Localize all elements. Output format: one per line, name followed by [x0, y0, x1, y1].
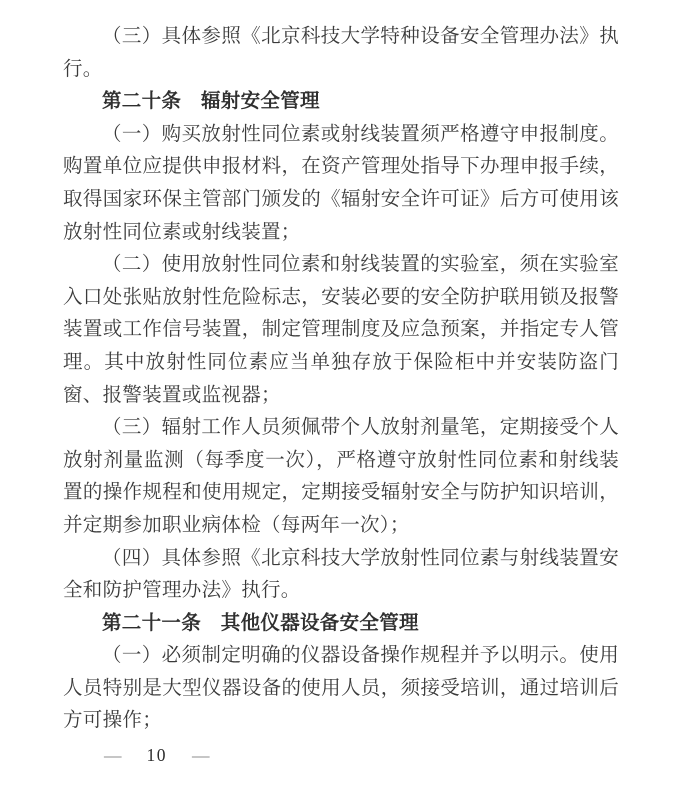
paragraph-radiation-item-3: （三）辐射工作人员须佩带个人放射剂量笔，定期接受个人放射剂量监测（每季度一次），…: [63, 412, 619, 542]
section-heading-article-21: 第二十一条 其他仪器设备安全管理: [63, 608, 619, 641]
paragraph-radiation-item-1: （一）购买放射性同位素或射线装置须严格遵守申报制度。购置单位应提供申报材料，在资…: [63, 119, 619, 249]
paragraph-radiation-item-4: （四）具体参照《北京科技大学放射性同位素与射线装置安全和防护管理办法》执行。: [63, 543, 619, 608]
section-heading-article-20: 第二十条 辐射安全管理: [63, 86, 619, 119]
footer-dash-left: —: [104, 747, 122, 763]
footer-dash-right: —: [192, 747, 210, 763]
paragraph-special-equipment-item-3: （三）具体参照《北京科技大学特种设备安全管理办法》执行。: [63, 21, 619, 86]
paragraph-other-equipment-item-1: （一）必须制定明确的仪器设备操作规程并予以明示。使用人员特别是大型仪器设备的使用…: [63, 640, 619, 738]
paragraph-radiation-item-2: （二）使用放射性同位素和射线装置的实验室，须在实验室入口处张贴放射性危险标志，安…: [63, 249, 619, 412]
page-footer: — 10 —: [104, 745, 210, 765]
page-number: 10: [147, 745, 168, 765]
document-page: （三）具体参照《北京科技大学特种设备安全管理办法》执行。 第二十条 辐射安全管理…: [63, 21, 619, 738]
